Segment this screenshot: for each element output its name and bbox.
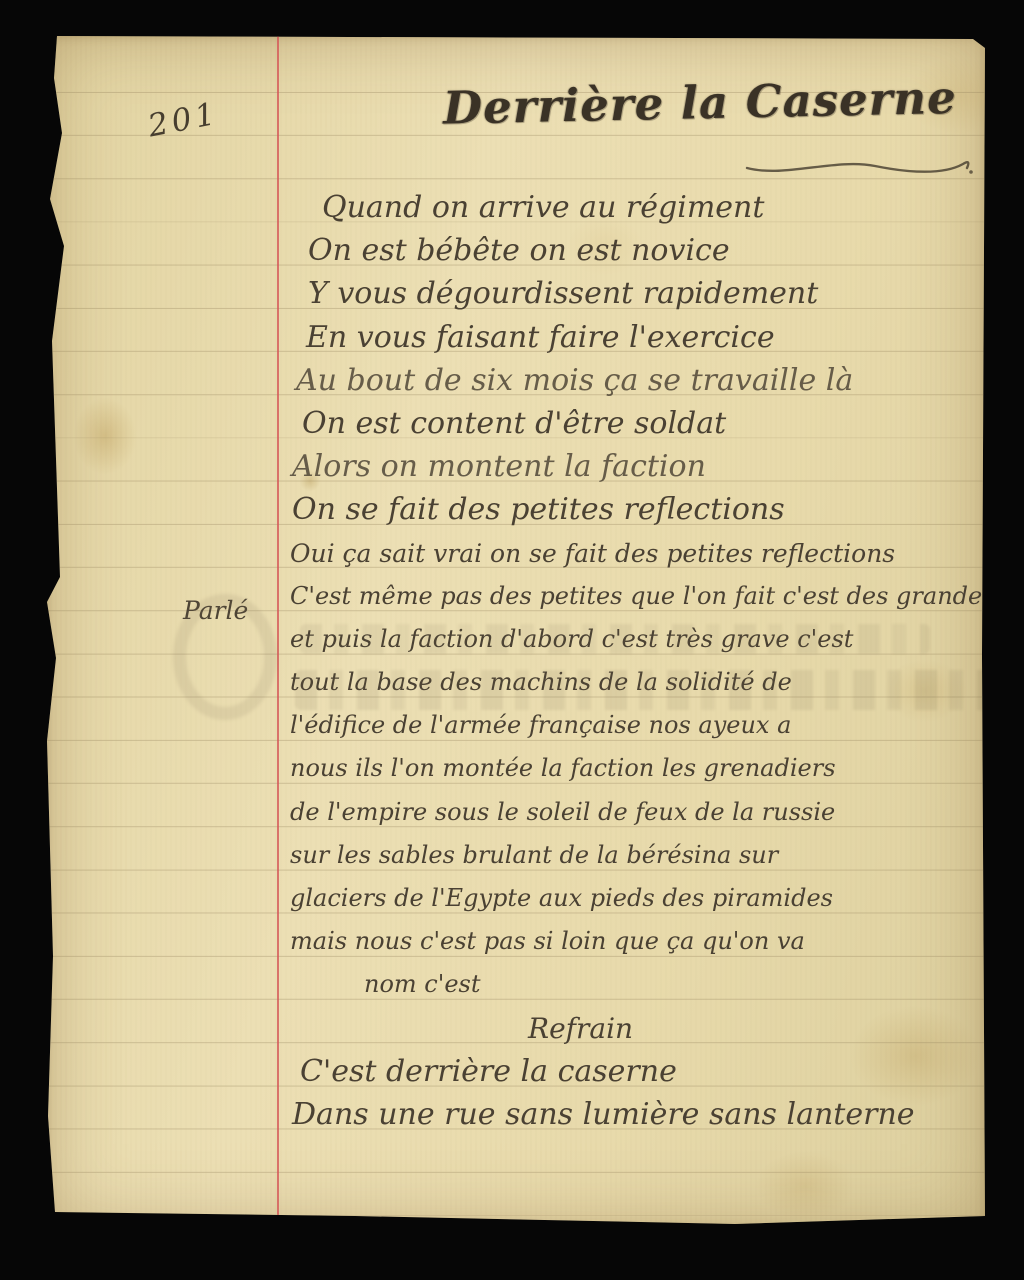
refrain-lines: C'est derrière la caserneDans une rue sa… xyxy=(290,1050,985,1136)
watermark-ring xyxy=(173,594,277,720)
spoken-line: de l'empire sous le soleil de feux de la… xyxy=(290,791,985,834)
watermark-text-band xyxy=(300,624,930,654)
verse-line: En vous faisant faire l'exercice xyxy=(306,316,985,359)
verse-lines: Quand on arrive au régimentOn est bébête… xyxy=(290,186,985,575)
page-title: Derrière la Caserne xyxy=(443,70,984,134)
refrain-line: C'est derrière la caserne xyxy=(300,1050,985,1093)
lyrics-text-block: Quand on arrive au régimentOn est bébête… xyxy=(290,186,985,1136)
verse-line: Quand on arrive au régiment xyxy=(322,186,985,229)
watermark-text-band xyxy=(295,670,995,710)
verse-line: Au bout de six mois ça se travaille là xyxy=(296,359,985,402)
manuscript-page: 201 Derrière la Caserne Parlé Quand on a… xyxy=(45,36,985,1228)
refrain-line: Dans une rue sans lumière sans lanterne xyxy=(292,1093,985,1136)
verse-line: On est content d'être soldat xyxy=(302,402,985,445)
spoken-line: l'édifice de l'armée française nos ayeux… xyxy=(290,704,985,747)
verse-line: On est bébête on est novice xyxy=(308,229,985,272)
spoken-line: nom c'est xyxy=(364,963,985,1006)
spoken-line: sur les sables brulant de la bérésina su… xyxy=(290,834,985,877)
refrain-heading: Refrain xyxy=(528,1007,985,1050)
verse-line: On se fait des petites reflections xyxy=(292,488,985,531)
spoken-line: glaciers de l'Egypte aux pieds des piram… xyxy=(290,877,985,920)
verse-line: Y vous dégourdissent rapidement xyxy=(308,272,985,315)
spoken-line: C'est même pas des petites que l'on fait… xyxy=(290,575,985,618)
spoken-line: mais nous c'est pas si loin que ça qu'on… xyxy=(290,920,985,963)
spoken-line: nous ils l'on montée la faction les gren… xyxy=(290,747,985,790)
margin-rule-line xyxy=(277,36,279,1228)
verse-line: Oui ça sait vrai on se fait des petites … xyxy=(290,532,985,575)
title-flourish-swash xyxy=(745,152,975,182)
photo-background: 201 Derrière la Caserne Parlé Quand on a… xyxy=(0,0,1024,1280)
verse-line: Alors on montent la faction xyxy=(292,445,985,488)
